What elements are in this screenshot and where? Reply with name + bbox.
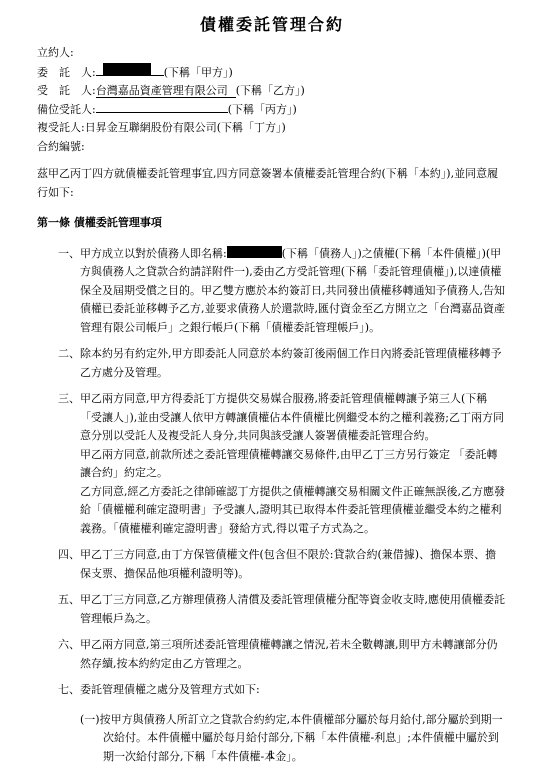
section-1-heading: 第一條 債權委託管理事項	[37, 214, 507, 233]
contract-number-line: 合約編號:	[37, 138, 507, 157]
backup-trustee-blank-underline	[96, 101, 228, 113]
principal-label: 委 託 人:	[37, 66, 96, 79]
clause-item-7: 七、委託管理債權之處分及管理方式如下:	[80, 681, 507, 700]
item-7-sub-1-number: (一)	[80, 713, 100, 726]
parties-intro-label: 立約人:	[37, 46, 74, 59]
clause-item-5: 五、甲乙丁三方同意,乙方辦理債務人清償及委託管理債權分配等資金收支時,應使用債權…	[80, 591, 507, 628]
item-4-number: 四、	[58, 548, 80, 561]
sub-trustee-label: 複受託人:	[37, 121, 85, 134]
item-7-number: 七、	[58, 683, 80, 696]
principal-name-underline	[96, 63, 164, 76]
sub-trustee-alias: (下稱「丁方」)	[217, 121, 286, 134]
item-3-paragraph-1: 三、甲乙兩方同意,甲方得委託丁方提供交易媒合服務,將委託管理債權轉讓予第三人(下…	[80, 390, 507, 446]
item-3-number: 三、	[58, 392, 80, 405]
party-line-trustee: 受 託 人:台灣嘉品資產管理有限公司(下稱「乙方」)	[37, 82, 507, 101]
clause-item-6: 六、甲乙兩方同意,第三項所述委託管理債權轉讓之情況,若未全數轉讓,則甲方未轉讓部…	[80, 636, 507, 673]
page-number: 1	[0, 750, 543, 761]
document-title: 債權委託管理合約	[37, 14, 507, 36]
item-7-text: 委託管理債權之處分及管理方式如下:	[80, 683, 260, 696]
trustee-name: 台灣嘉品資產管理有限公司	[96, 84, 236, 98]
item-1-text-before: 甲方成立以對於債務人即名稱:	[80, 247, 227, 260]
backup-trustee-label: 備位受託人:	[37, 103, 96, 116]
item-5-text: 甲乙丁三方同意,乙方辦理債務人清償及委託管理債權分配等資金收支時,應使用債權委託…	[80, 593, 505, 625]
clause-item-4: 四、甲乙丁三方同意,由丁方保管債權文件(包含但不限於:貸款合約(兼借據)、擔保本…	[80, 546, 507, 583]
clause-item-1: 一、甲方成立以對於債務人即名稱:(下稱「債務人」)之債權(下稱「本件債權」)(甲…	[80, 245, 507, 338]
clause-item-3: 三、甲乙兩方同意,甲方得委託丁方提供交易媒合服務,將委託管理債權轉讓予第三人(下…	[80, 390, 507, 538]
item-3-paragraph-3: 乙方同意,經乙方委託之律師確認丁方提供之債權轉讓交易相關文件正確無誤後,乙方應發…	[80, 483, 507, 539]
trustee-alias: (下稱「乙方」)	[236, 84, 305, 97]
backup-trustee-alias: (下稱「丙方」)	[228, 103, 297, 116]
item-3-paragraph-2: 甲乙兩方同意,前款所述之委託管理債權轉讓交易條件,由甲乙丁三方另行簽定 「委託轉…	[80, 446, 507, 483]
principal-alias: (下稱「甲方」)	[164, 66, 233, 79]
contract-number-label: 合約編號:	[37, 140, 85, 153]
item-3-text-1: 甲乙兩方同意,甲方得委託丁方提供交易媒合服務,將委託管理債權轉讓予第三人(下稱「…	[80, 392, 504, 442]
item-6-number: 六、	[58, 638, 80, 651]
item-1-number: 一、	[58, 247, 80, 260]
party-line-principal: 委 託 人:(下稱「甲方」)	[37, 63, 507, 83]
sub-trustee-name: 日昇金互聯網股份有限公司	[85, 121, 217, 134]
item-2-number: 二、	[58, 347, 80, 360]
trustee-label: 受 託 人:	[37, 84, 96, 97]
item-6-text: 甲乙兩方同意,第三項所述委託管理債權轉讓之情況,若未全數轉讓,則甲方未轉讓部分仍…	[80, 638, 498, 670]
redaction-box-principal	[103, 63, 151, 75]
parties-intro: 立約人:	[37, 44, 507, 63]
clause-item-2: 二、除本約另有約定外,甲方即委託人同意於本約簽訂後兩個工作日內將委託管理債權移轉…	[80, 345, 507, 382]
item-2-text: 除本約另有約定外,甲方即委託人同意於本約簽訂後兩個工作日內將委託管理債權移轉予乙…	[80, 347, 502, 379]
redaction-box-debtor	[227, 246, 282, 258]
party-line-backup-trustee: 備位受託人:(下稱「丙方」)	[37, 101, 507, 120]
item-5-number: 五、	[58, 593, 80, 606]
preamble-paragraph: 茲甲乙丙丁四方就債權委託管理事宜,四方同意簽署本債權委託管理合約(下稱「本約」)…	[37, 165, 507, 202]
party-line-sub-trustee: 複受託人:日昇金互聯網股份有限公司(下稱「丁方」)	[37, 119, 507, 138]
item-4-text: 甲乙丁三方同意,由丁方保管債權文件(包含但不限於:貸款合約(兼借據)、擔保本票、…	[80, 548, 496, 580]
contract-page: 債權委託管理合約 立約人: 委 託 人:(下稱「甲方」) 受 託 人:台灣嘉品資…	[0, 0, 543, 781]
